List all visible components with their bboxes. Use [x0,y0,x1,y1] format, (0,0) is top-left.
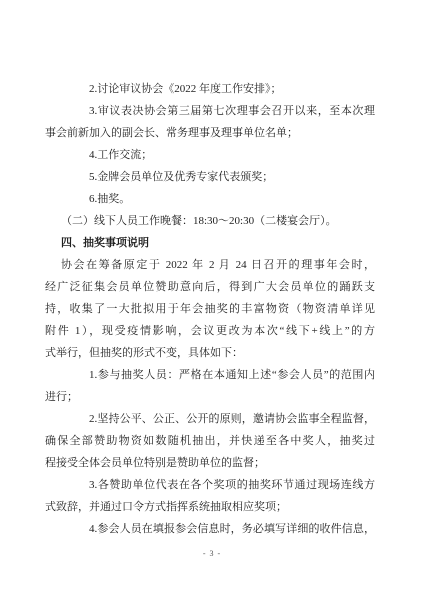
rule-2-line-2: 确保全部赞助物资如数随机抽出，并快递至各中奖人，抽奖过 [45,430,375,452]
agenda-item-6: 6.抽奖。 [45,188,375,210]
agenda-item-3-line-1: 3.审议表决协会第三届第七次理事会召开以来，至本次理 [45,100,375,122]
intro-paragraph-line-4: 附件 1），现受疫情影响，会议更改为本次“线下+线上”的方 [45,320,375,342]
agenda-item-4: 4.工作交流； [45,144,375,166]
dinner-info-line: （二）线下人员工作晚餐：18:30～20:30（二楼宴会厅）。 [45,210,375,232]
page-number: - 3 - [0,548,424,560]
intro-paragraph-line-5: 式举行，但抽奖的形式不变，具体如下： [45,342,375,364]
rule-2-line-3: 程接受全体会员单位特别是赞助单位的监督； [45,452,375,474]
agenda-item-2: 2.讨论审议协会《2022 年度工作安排》； [45,78,375,100]
rule-3-line-2: 式致辞，并通过口令方式指挥系统抽取相应奖项； [45,496,375,518]
document-body: 2.讨论审议协会《2022 年度工作安排》； 3.审议表决协会第三届第七次理事会… [45,78,375,540]
document-page: 2.讨论审议协会《2022 年度工作安排》； 3.审议表决协会第三届第七次理事会… [0,0,424,600]
section-heading: 四、抽奖事项说明 [45,232,375,254]
intro-paragraph-line-1: 协会在筹备原定于 2022 年 2 月 24 日召开的理事年会时， [45,254,375,276]
agenda-item-3-line-2: 事会前新加入的副会长、常务理事及理事单位名单； [45,122,375,144]
agenda-item-5: 5.金牌会员单位及优秀专家代表颁奖； [45,166,375,188]
rule-1-line-1: 1.参与抽奖人员：严格在本通知上述“参会人员”的范围内 [45,364,375,386]
rule-3-line-1: 3.各赞助单位代表在各个奖项的抽奖环节通过现场连线方 [45,474,375,496]
rule-2-line-1: 2.坚持公平、公正、公开的原则，邀请协会监事全程监督， [45,408,375,430]
rule-1-line-2: 进行； [45,386,375,408]
intro-paragraph-line-3: 持，收集了一大批拟用于年会抽奖的丰富物资（物资清单详见 [45,298,375,320]
rule-4-line-1: 4.参会人员在填报参会信息时，务必填写详细的收件信息， [45,518,375,540]
intro-paragraph-line-2: 经广泛征集会员单位赞助意向后，得到广大会员单位的踊跃支 [45,276,375,298]
